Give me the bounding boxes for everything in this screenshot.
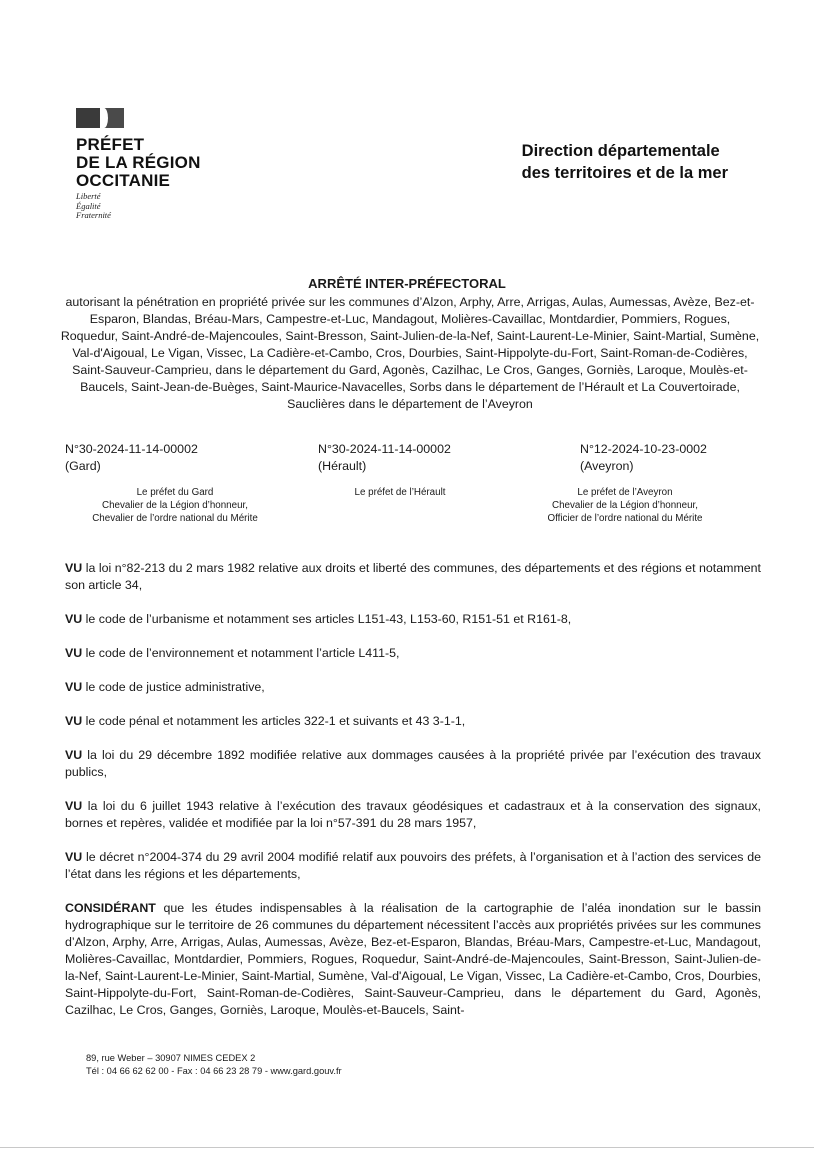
visa-paragraph: VU le code de justice administrative, [65, 679, 761, 696]
reference-department: (Hérault) [318, 458, 451, 475]
reference-number: N°30-2024-11-14-00002 [65, 441, 198, 458]
paragraph-text: la loi n°82-213 du 2 mars 1982 relative … [65, 561, 761, 592]
visa-paragraph: VU la loi du 6 juillet 1943 relative à l… [65, 798, 761, 832]
paragraph-lead: VU [65, 612, 82, 626]
prefecture-logo: PRÉFET DE LA RÉGION OCCITANIE Liberté Ég… [76, 108, 201, 221]
visa-paragraph: VU la loi n°82-213 du 2 mars 1982 relati… [65, 560, 761, 594]
prefet-line: Chevalier de la Légion d’honneur, [525, 499, 725, 512]
paragraph-text: le code de justice administrative, [82, 680, 265, 694]
prefet-line: Chevalier de l’ordre national du Mérite [70, 512, 280, 525]
department-line: Direction départementale [522, 140, 728, 162]
page-edge-divider [0, 1147, 814, 1148]
paragraph-lead: VU [65, 646, 82, 660]
logo-line: DE LA RÉGION [76, 154, 201, 172]
reference-number: N°12-2024-10-23-0002 [580, 441, 707, 458]
paragraph-text: le code pénal et notamment les articles … [82, 714, 465, 728]
logo-line: OCCITANIE [76, 172, 201, 190]
paragraph-text: le code de l’environnement et notamment … [82, 646, 399, 660]
paragraph-lead: VU [65, 799, 82, 813]
page-footer: 89, rue Weber – 30907 NIMES CEDEX 2 Tél … [86, 1052, 342, 1077]
prefet-gard: Le préfet du Gard Chevalier de la Légion… [70, 486, 280, 525]
paragraph-text: que les études indispensables à la réali… [65, 901, 761, 1017]
paragraph-text: la loi du 6 juillet 1943 relative à l’ex… [65, 799, 761, 830]
arrete-heading: ARRÊTÉ INTER-PRÉFECTORAL [0, 276, 814, 291]
department-line: des territoires et de la mer [522, 162, 728, 184]
republic-motto: Liberté Égalité Fraternité [76, 192, 201, 221]
document-page: PRÉFET DE LA RÉGION OCCITANIE Liberté Ég… [0, 0, 814, 1152]
prefet-herault: Le préfet de l’Hérault [320, 486, 480, 499]
paragraph-text: la loi du 29 décembre 1892 modifiée rela… [65, 748, 761, 779]
reference-department: (Gard) [65, 458, 198, 475]
considerant-paragraph: CONSIDÉRANT que les études indispensable… [65, 900, 761, 1019]
visa-paragraph: VU le décret n°2004-374 du 29 avril 2004… [65, 849, 761, 883]
paragraph-lead: VU [65, 561, 82, 575]
marianne-icon [76, 108, 124, 128]
paragraph-text: le décret n°2004-374 du 29 avril 2004 mo… [65, 850, 761, 881]
reference-number: N°30-2024-11-14-00002 [318, 441, 451, 458]
visa-paragraph: VU la loi du 29 décembre 1892 modifiée r… [65, 747, 761, 781]
prefet-line: Officier de l’ordre national du Mérite [525, 512, 725, 525]
paragraph-lead: CONSIDÉRANT [65, 901, 156, 915]
visa-paragraph: VU le code de l’environnement et notamme… [65, 645, 761, 662]
prefet-aveyron: Le préfet de l’Aveyron Chevalier de la L… [525, 486, 725, 525]
arrete-subtitle: autorisant la pénétration en propriété p… [60, 294, 760, 413]
prefet-line: Le préfet de l’Hérault [320, 486, 480, 499]
visa-paragraph: VU le code pénal et notamment les articl… [65, 713, 761, 730]
reference-herault: N°30-2024-11-14-00002 (Hérault) [318, 441, 451, 475]
footer-address: 89, rue Weber – 30907 NIMES CEDEX 2 [86, 1052, 342, 1065]
reference-aveyron: N°12-2024-10-23-0002 (Aveyron) [580, 441, 707, 475]
visa-paragraph: VU le code de l’urbanisme et notamment s… [65, 611, 761, 628]
logo-line: PRÉFET [76, 136, 201, 154]
paragraph-text: le code de l’urbanisme et notamment ses … [82, 612, 571, 626]
prefet-line: Le préfet du Gard [70, 486, 280, 499]
reference-department: (Aveyron) [580, 458, 707, 475]
paragraph-lead: VU [65, 680, 82, 694]
paragraph-lead: VU [65, 714, 82, 728]
arrete-body: VU la loi n°82-213 du 2 mars 1982 relati… [65, 560, 761, 1036]
prefet-line: Chevalier de la Légion d’honneur, [70, 499, 280, 512]
logo-title: PRÉFET DE LA RÉGION OCCITANIE [76, 136, 201, 190]
prefet-line: Le préfet de l’Aveyron [525, 486, 725, 499]
paragraph-lead: VU [65, 850, 82, 864]
reference-gard: N°30-2024-11-14-00002 (Gard) [65, 441, 198, 475]
motto-line: Fraternité [76, 211, 201, 221]
footer-contact: Tél : 04 66 62 62 00 - Fax : 04 66 23 28… [86, 1065, 342, 1078]
department-title: Direction départementale des territoires… [522, 140, 728, 184]
paragraph-lead: VU [65, 748, 82, 762]
